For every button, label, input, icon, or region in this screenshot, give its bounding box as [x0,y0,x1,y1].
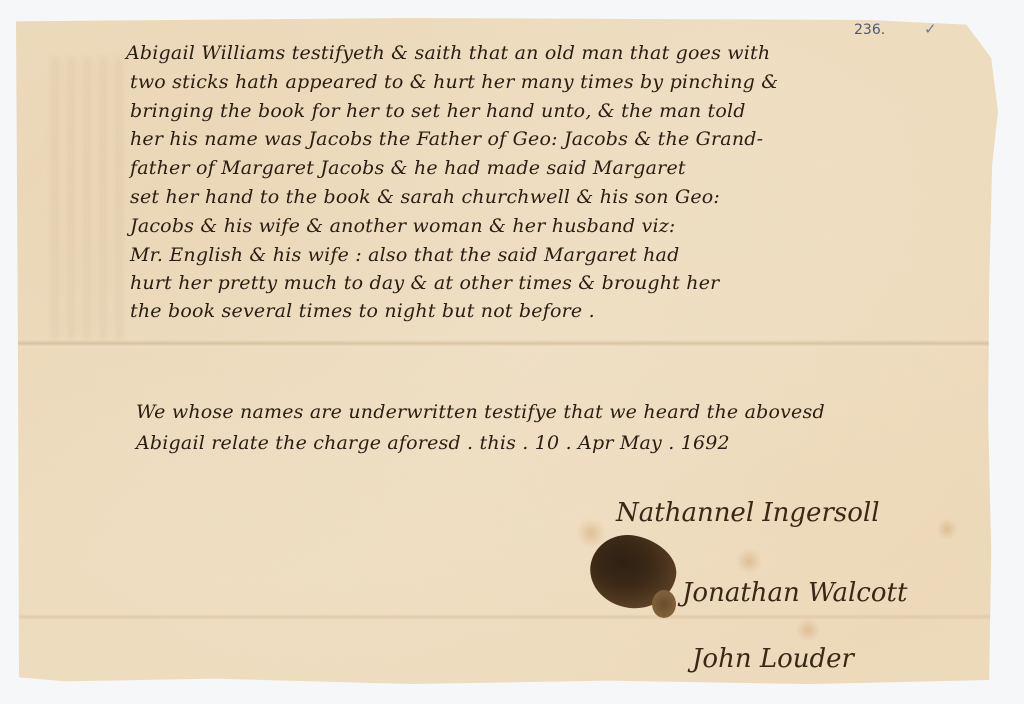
body-line: Jacobs & his wife & another woman & her … [130,213,676,239]
check-mark-icon: ✓ [924,20,937,38]
stain [796,618,820,642]
fold-crease-lower [16,614,1006,620]
body-line: two sticks hath appeared to & hurt her m… [130,69,778,95]
ink-bleed-through [52,58,122,338]
body-line: hurt her pretty much to day & at other t… [130,270,719,296]
signature-louder: John Louder [692,644,854,674]
signature-walcott: Jonathan Walcott [682,578,907,608]
attestation-line: We whose names are underwritten testifye… [136,399,825,425]
body-line: set her hand to the book & sarah churchw… [130,184,720,210]
wax-seal-drip [652,590,676,618]
stain [936,518,958,540]
body-line: Mr. English & his wife : also that the s… [130,242,679,268]
archive-number: 236. [854,22,885,38]
stain [736,548,762,574]
fold-crease [16,340,1006,350]
attestation-line: Abigail relate the charge aforesd . this… [136,430,730,456]
signature-ingersoll: Nathannel Ingersoll [616,498,880,528]
manuscript-page: 236. ✓ Abigail Williams testifyeth & sai… [16,18,1006,684]
body-line: father of Margaret Jacobs & he had made … [130,155,686,181]
body-line: her his name was Jacobs the Father of Ge… [130,126,763,152]
body-line: the book several times to night but not … [130,298,595,324]
document-scan: 236. ✓ Abigail Williams testifyeth & sai… [0,0,1024,704]
body-line: Abigail Williams testifyeth & saith that… [126,40,770,66]
body-line: bringing the book for her to set her han… [130,98,746,124]
